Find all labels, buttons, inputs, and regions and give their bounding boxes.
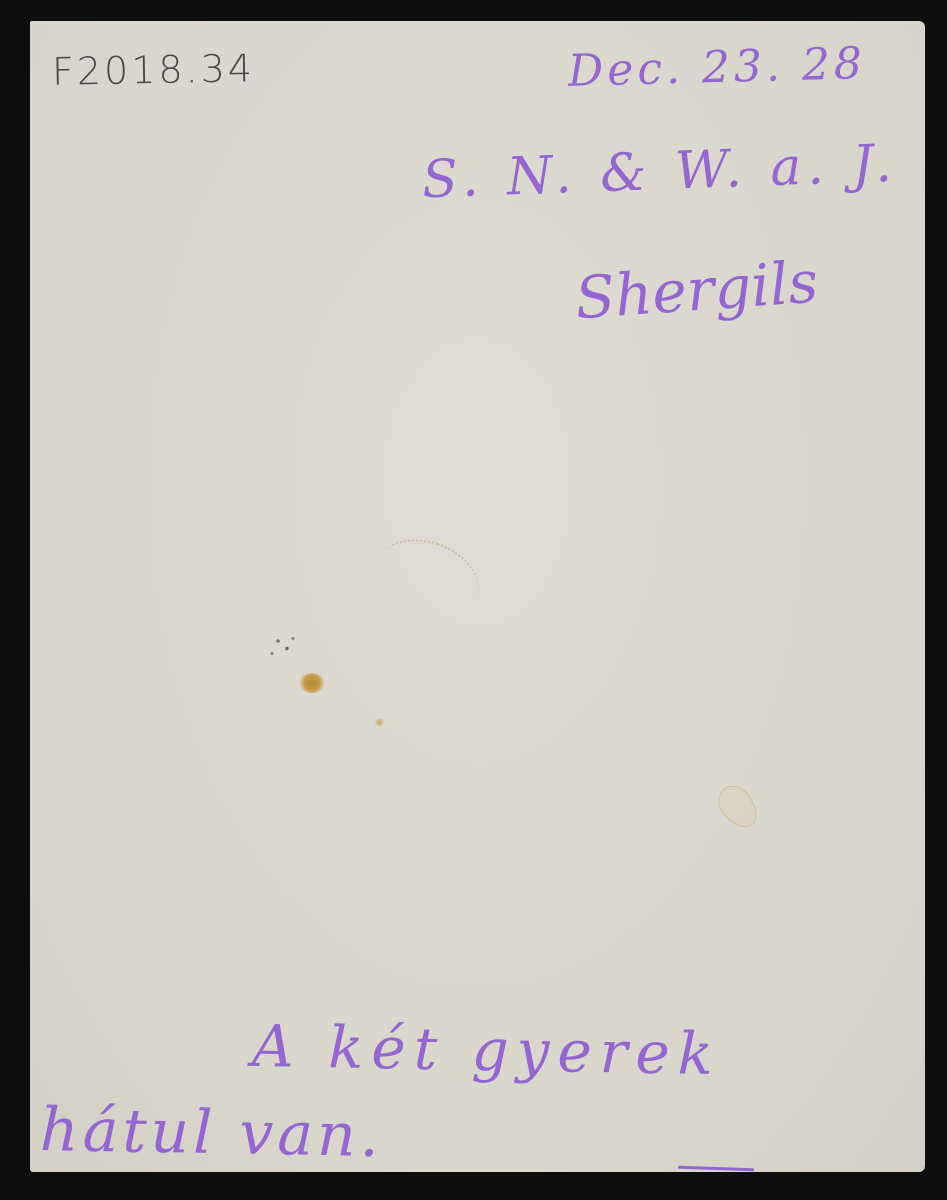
handwritten-name: Shergils bbox=[573, 253, 820, 328]
small-stain bbox=[375, 718, 384, 727]
handwritten-initials: S. N. & W. a. J. bbox=[421, 138, 898, 207]
handwritten-date: Dec. 23. 28 bbox=[567, 42, 866, 94]
handwritten-dash bbox=[678, 1166, 754, 1172]
photo-card-verso: F2018.34 Dec. 23. 28 S. N. & W. a. J. Sh… bbox=[30, 21, 925, 1172]
drop-shaped-stain bbox=[711, 779, 765, 835]
accession-number: F2018.34 bbox=[52, 49, 256, 91]
foxing-stain bbox=[298, 673, 326, 693]
handwritten-caption-line-1: A két gyerek bbox=[252, 1017, 722, 1083]
faint-arc-stain bbox=[360, 526, 490, 638]
dark-specks bbox=[260, 621, 320, 671]
handwritten-caption-line-2: hátul van. bbox=[40, 1100, 384, 1166]
